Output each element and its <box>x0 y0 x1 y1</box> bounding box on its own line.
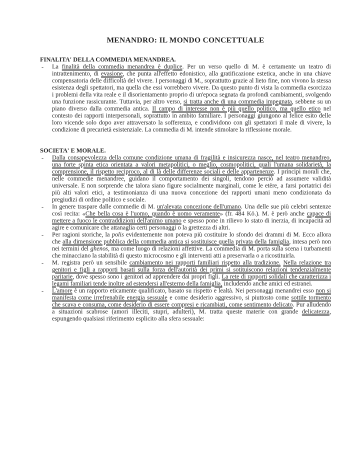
section-societa: SOCIETA' E MORALE. - Dalla consapevolezz… <box>40 147 331 322</box>
paragraph-societa-5: L'amore è un rapporto eticamente qualifi… <box>52 287 331 322</box>
bullet-item: - La finalità della commedia menandrea è… <box>40 63 331 133</box>
doc-title: MENANDRO: IL MONDO CONCETTUALE <box>40 37 331 44</box>
bullet-marker: - <box>40 63 52 70</box>
bullet-item: - Dalla consapevolezza della comune cond… <box>40 154 331 203</box>
section-finalita: FINALITA' DELLA COMMEDIA MENANDREA. - La… <box>40 56 331 133</box>
bullet-marker: - <box>40 259 52 266</box>
paragraph-societa-4: M. registra però un sensibile cambiament… <box>52 259 331 287</box>
bullet-item: - Per ragioni storiche, la polis evident… <box>40 231 331 259</box>
section-finalita-heading: FINALITA' DELLA COMMEDIA MENANDREA. <box>40 56 331 63</box>
paragraph-societa-1: Dalla consapevolezza della comune condiz… <box>52 154 331 203</box>
bullet-item: - M. registra però un sensibile cambiame… <box>40 259 331 287</box>
bullet-item: - In genere traspare dalle commedie di M… <box>40 203 331 231</box>
bullet-item: - L'amore è un rapporto eticamente quali… <box>40 287 331 322</box>
paragraph-societa-3: Per ragioni storiche, la polis evidentem… <box>52 231 331 259</box>
paragraph-finalita: La finalità della commedia menandrea è d… <box>52 63 331 133</box>
bullet-marker: - <box>40 154 52 161</box>
document-page: MENANDRO: IL MONDO CONCETTUALE FINALITA'… <box>0 0 360 466</box>
paragraph-societa-2: In genere traspare dalle commedie di M. … <box>52 203 331 231</box>
bullet-marker: - <box>40 287 52 294</box>
bullet-marker: - <box>40 203 52 210</box>
bullet-marker: - <box>40 231 52 238</box>
section-societa-heading: SOCIETA' E MORALE. <box>40 147 331 154</box>
